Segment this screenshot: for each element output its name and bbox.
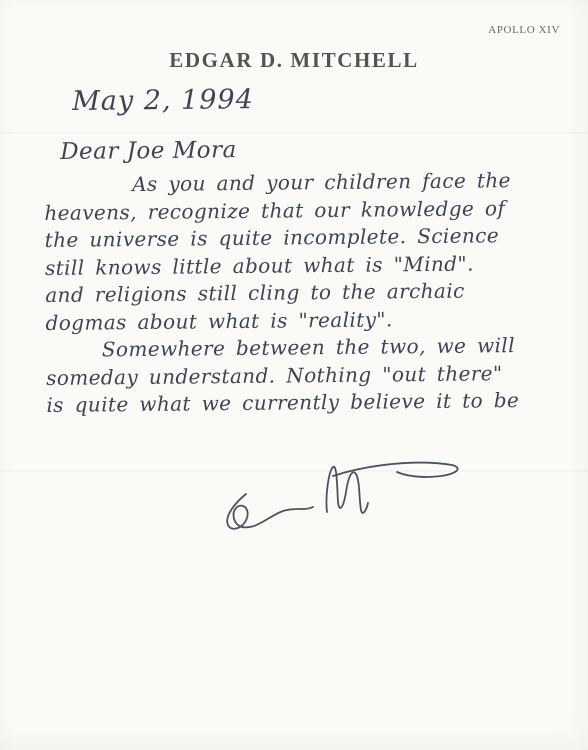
signature-scrawl [214, 450, 472, 548]
body-line: is quite what we currently believe it to… [46, 387, 554, 420]
body-line: As you and your children face the [132, 167, 552, 199]
apollo-corner-label: APOLLO XIV [488, 24, 560, 36]
body-line: Somewhere between the two, we will [102, 332, 554, 364]
paper-crease [0, 132, 588, 134]
letter-page: APOLLO XIV EDGAR D. MITCHELL May 2, 1994… [0, 0, 588, 750]
letter-body: As you and your children face the heaven… [44, 167, 555, 420]
body-line: the universe is quite incomplete. Scienc… [45, 222, 553, 255]
letter-date: May 2, 1994 [72, 84, 254, 117]
letter-salutation: Dear Joe Mora [60, 137, 237, 165]
letterhead-name: EDGAR D. MITCHELL [0, 48, 588, 73]
